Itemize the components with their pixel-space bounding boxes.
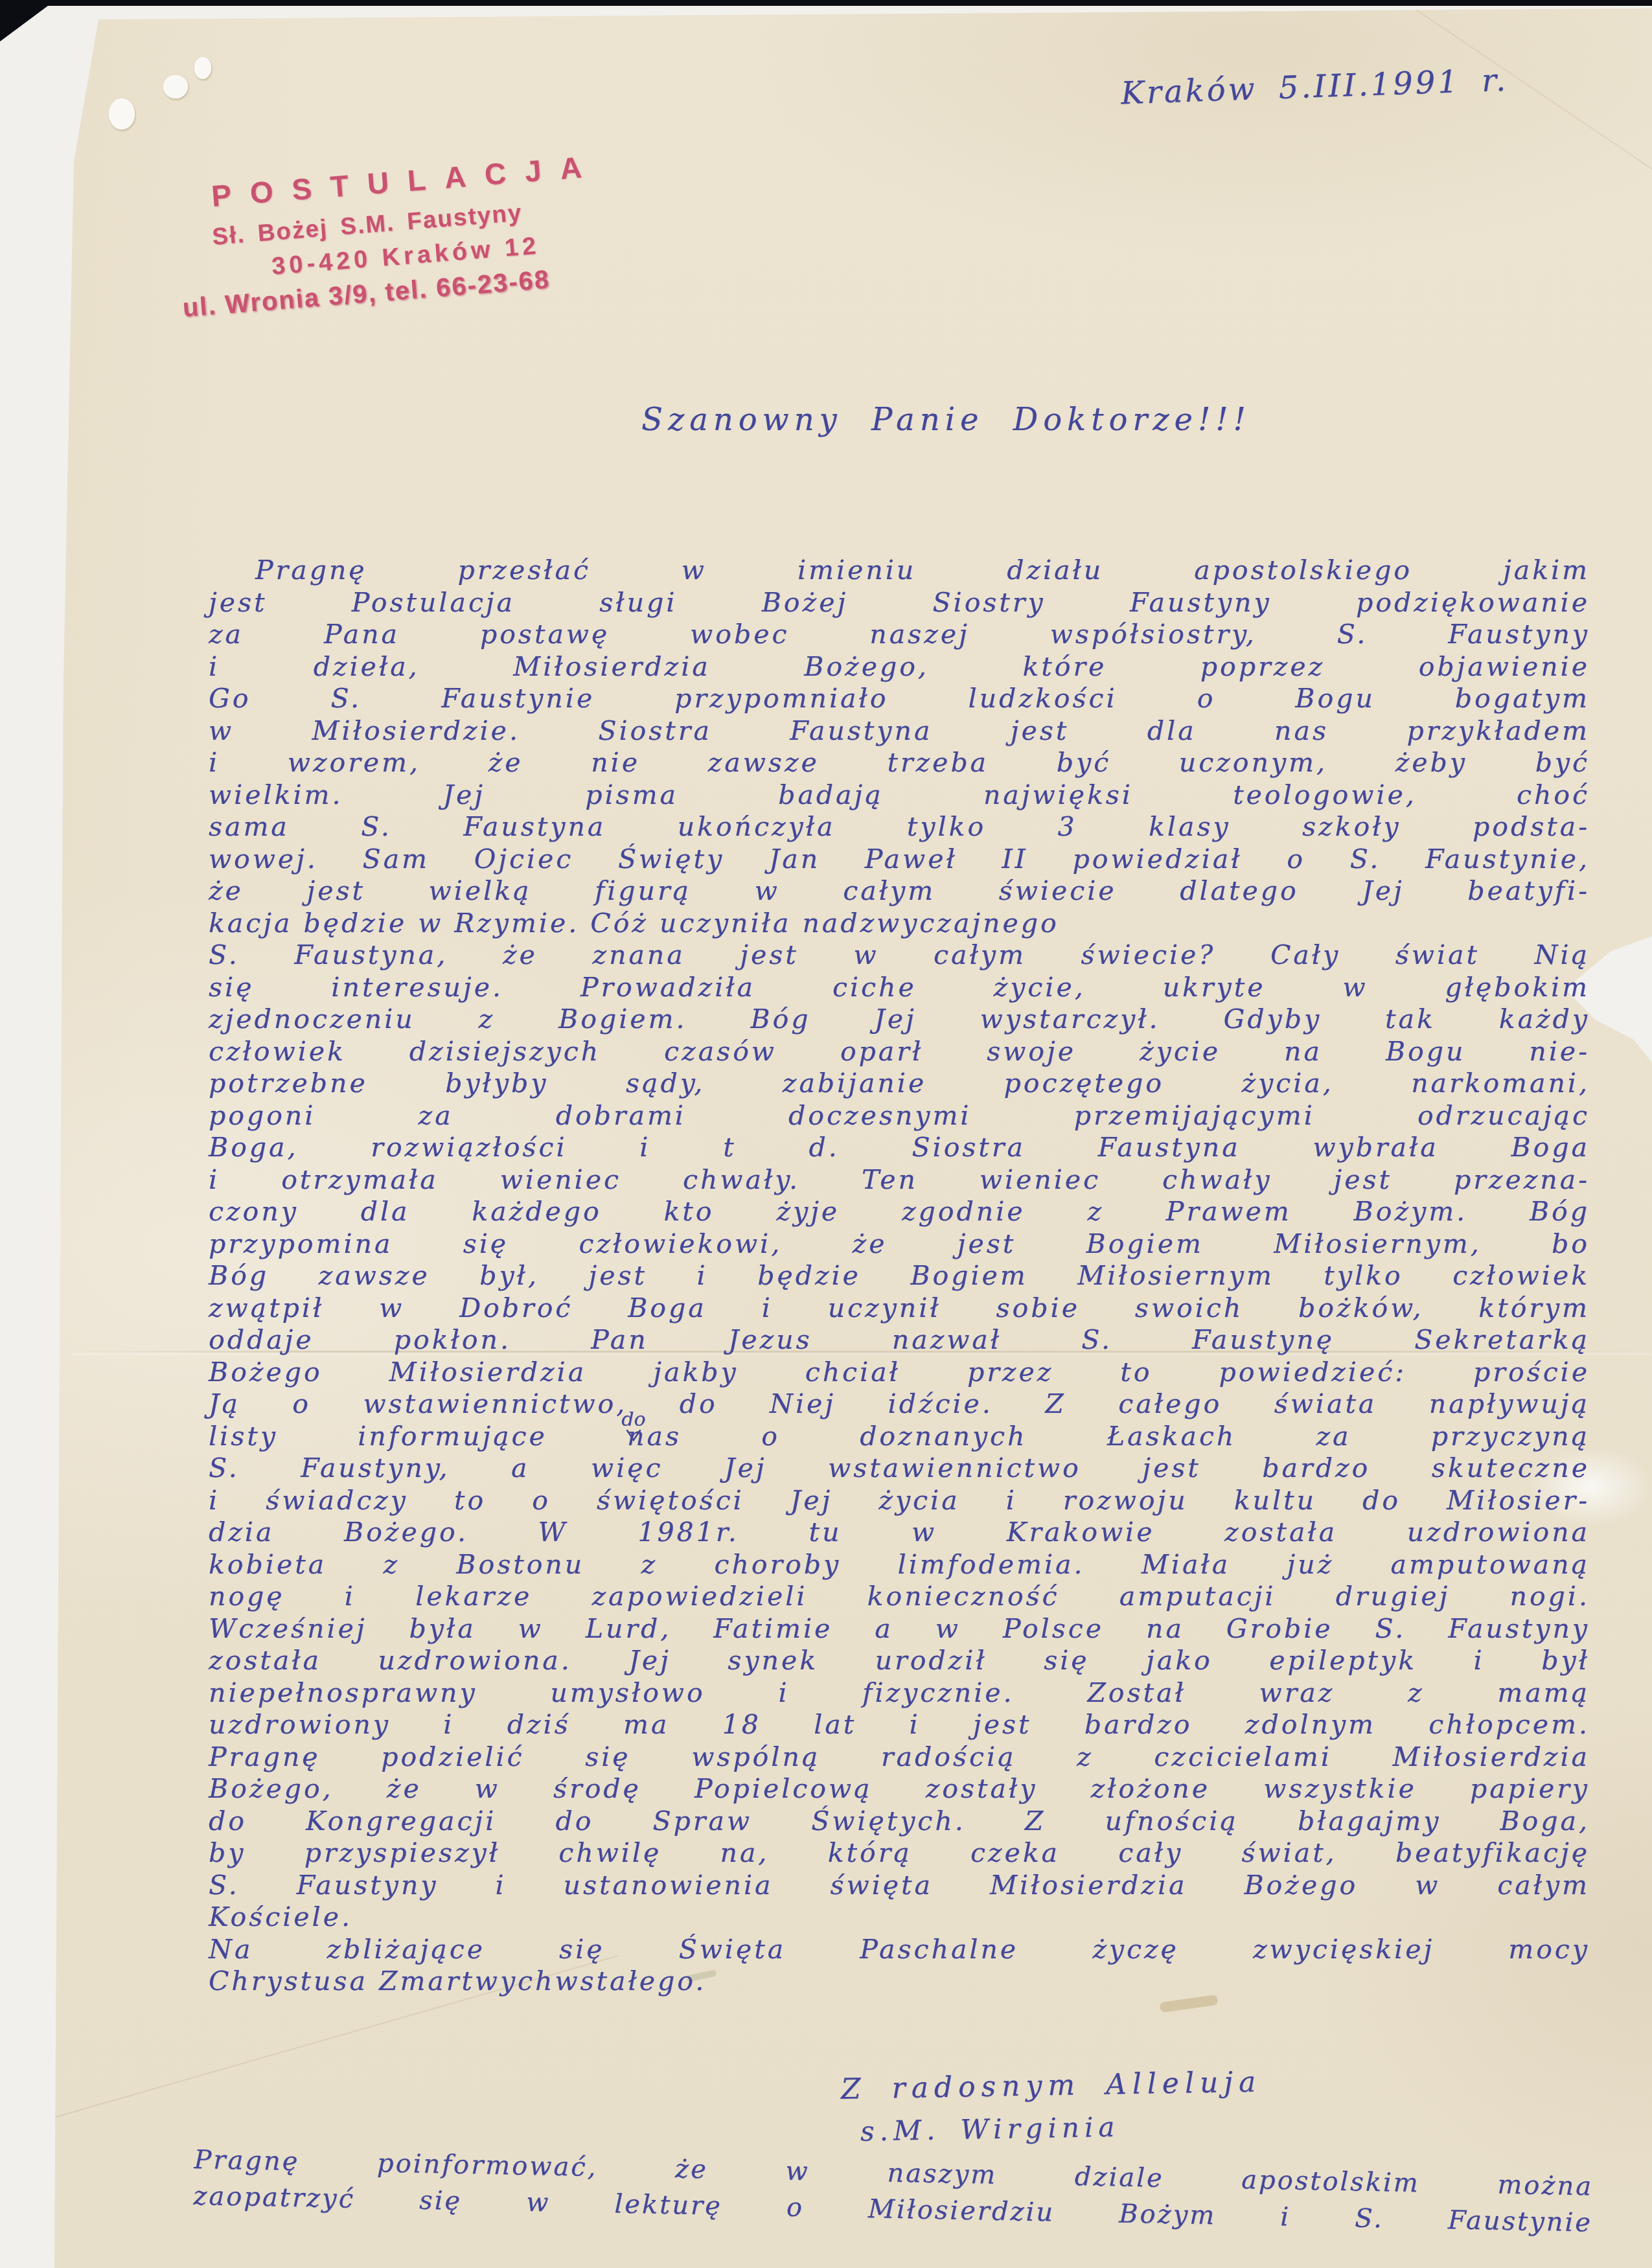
handwritten-line: S. Faustyna, że znana jest w całym świec… xyxy=(209,939,1590,972)
handwritten-line: że jest wielką figurą w całym świecie dl… xyxy=(209,875,1590,908)
paper-blemish xyxy=(109,98,135,130)
postscript: Pragnę poinformować, że w naszym dziale … xyxy=(193,2142,1594,2241)
handwritten-line: pogoni za dobrami doczesnymi przemijając… xyxy=(209,1100,1590,1132)
handwritten-line: do Kongregacji do Spraw Świętych. Z ufno… xyxy=(209,1805,1590,1838)
inserted-word-text: do xyxy=(608,1411,660,1429)
salutation: Szanowny Panie Doktorze!!! xyxy=(641,402,1251,438)
handwritten-line: Chrystusa Zmartwychwstałego. xyxy=(209,1965,1590,1998)
postulation-address-stamp: POSTULACJA Sł. Bożej S.M. Faustyny 30-42… xyxy=(201,145,651,321)
paper-blemish xyxy=(194,57,211,79)
signature: s.M. Wirginia xyxy=(860,2111,1120,2148)
handwritten-line: czony dla każdego kto żyje zgodnie z Pra… xyxy=(209,1196,1590,1228)
handwritten-line: i wzorem, że nie zawsze trzeba być uczon… xyxy=(209,747,1590,779)
scanner-lid-corner xyxy=(0,0,56,41)
handwritten-line: by przyspieszył chwilę na, którą czeka c… xyxy=(209,1837,1590,1870)
handwritten-line: Bożego Miłosierdzia jakby chciał przez t… xyxy=(209,1357,1590,1389)
handwritten-line: człowiek dzisiejszych czasów oparł swoje… xyxy=(209,1036,1590,1068)
inserted-word: do xyxy=(608,1411,660,1442)
handwritten-line: zjednoczeniu z Bogiem. Bóg Jej wystarczy… xyxy=(209,1003,1590,1036)
letter-body: Pragnę przesłać w imieniu działu apostol… xyxy=(209,555,1590,1998)
handwritten-line: za Pana postawę wobec naszej współsiostr… xyxy=(209,619,1590,651)
handwritten-line: i dzieła, Miłosierdzia Bożego, które pop… xyxy=(209,651,1590,683)
handwritten-line: Pragnę przesłać w imieniu działu apostol… xyxy=(209,555,1590,587)
caret-mark xyxy=(625,1429,642,1442)
handwritten-line: S. Faustyny i ustanowienia święta Miłosi… xyxy=(209,1870,1590,1902)
handwritten-line: wielkim. Jej pisma badają najwięksi teol… xyxy=(209,779,1590,812)
handwritten-line: Boga, rozwiązłości i t d. Siostra Fausty… xyxy=(209,1132,1590,1164)
handwritten-line: przypomina się człowiekowi, że jest Bogi… xyxy=(209,1228,1590,1261)
handwritten-line: Bożego, że w środę Popielcową zostały zł… xyxy=(209,1773,1590,1805)
scanner-lid-edge xyxy=(0,0,1652,6)
handwritten-line: Kościele. xyxy=(209,1901,1590,1934)
letter-paper: Kraków 5.III.1991 r. POSTULACJA Sł. Boże… xyxy=(0,0,1652,2268)
handwritten-line: sama S. Faustyna ukończyła tylko 3 klasy… xyxy=(209,811,1590,843)
handwritten-line: kobieta z Bostonu z choroby limfodemia. … xyxy=(209,1549,1590,1581)
handwritten-line: Wcześniej była w Lurd, Fatimie a w Polsc… xyxy=(209,1613,1590,1645)
handwritten-line: i otrzymała wieniec chwały. Ten wieniec … xyxy=(209,1164,1590,1197)
handwritten-line: Ją o wstawiennictwo, do Niej idźcie. Z c… xyxy=(209,1388,1590,1421)
handwritten-line: dzia Bożego. W 1981r. tu w Krakowie zost… xyxy=(209,1517,1590,1549)
handwritten-line: niepełnosprawny umysłowo i fizycznie. Zo… xyxy=(209,1677,1590,1710)
handwritten-line: nogę i lekarze zapowiedzieli konieczność… xyxy=(209,1581,1590,1613)
closing-phrase: Z radosnym Alleluja xyxy=(841,2065,1262,2105)
handwritten-line: Bóg zawsze był, jest i będzie Bogiem Mił… xyxy=(209,1260,1590,1292)
handwritten-line: Na zbliżające się Święta Paschalne życzę… xyxy=(209,1934,1590,1966)
handwritten-line: wowej. Sam Ojciec Święty Jan Paweł II po… xyxy=(209,843,1590,876)
handwritten-line: kacja będzie w Rzymie. Cóż uczyniła nadz… xyxy=(209,908,1590,940)
handwritten-line: potrzebne byłyby sądy, zabijanie poczęte… xyxy=(209,1068,1590,1100)
handwritten-line: się interesuje. Prowadziła ciche życie, … xyxy=(209,972,1590,1004)
handwritten-line: Go S. Faustynie przypomniało ludzkości o… xyxy=(209,683,1590,715)
handwritten-line: jest Postulacja sługi Bożej Siostry Faus… xyxy=(209,587,1590,619)
scanned-letter-scan: { "letter": { "date_line": "Kraków 5.III… xyxy=(0,0,1652,2268)
paper-blemish xyxy=(163,75,188,98)
handwritten-line: listy informujące nas o doznanych Łaskac… xyxy=(209,1421,1590,1453)
handwritten-line: została uzdrowiona. Jej synek urodził si… xyxy=(209,1645,1590,1677)
handwritten-line: uzdrowiony i dziś ma 18 lat i jest bardz… xyxy=(209,1709,1590,1741)
handwritten-line: S. Faustyny, a więc Jej wstawiennictwo j… xyxy=(209,1452,1590,1485)
handwritten-line: oddaje pokłon. Pan Jezus nazwał S. Faust… xyxy=(209,1324,1590,1357)
handwritten-line: w Miłosierdzie. Siostra Faustyna jest dl… xyxy=(209,715,1590,748)
handwritten-line: zwątpił w Dobroć Boga i uczynił sobie sw… xyxy=(209,1292,1590,1325)
handwritten-line: i świadczy to o świętości Jej życia i ro… xyxy=(209,1485,1590,1517)
date-line: Kraków 5.III.1991 r. xyxy=(1120,62,1509,112)
handwritten-line: Pragnę podzielić się wspólną radością z … xyxy=(209,1741,1590,1774)
